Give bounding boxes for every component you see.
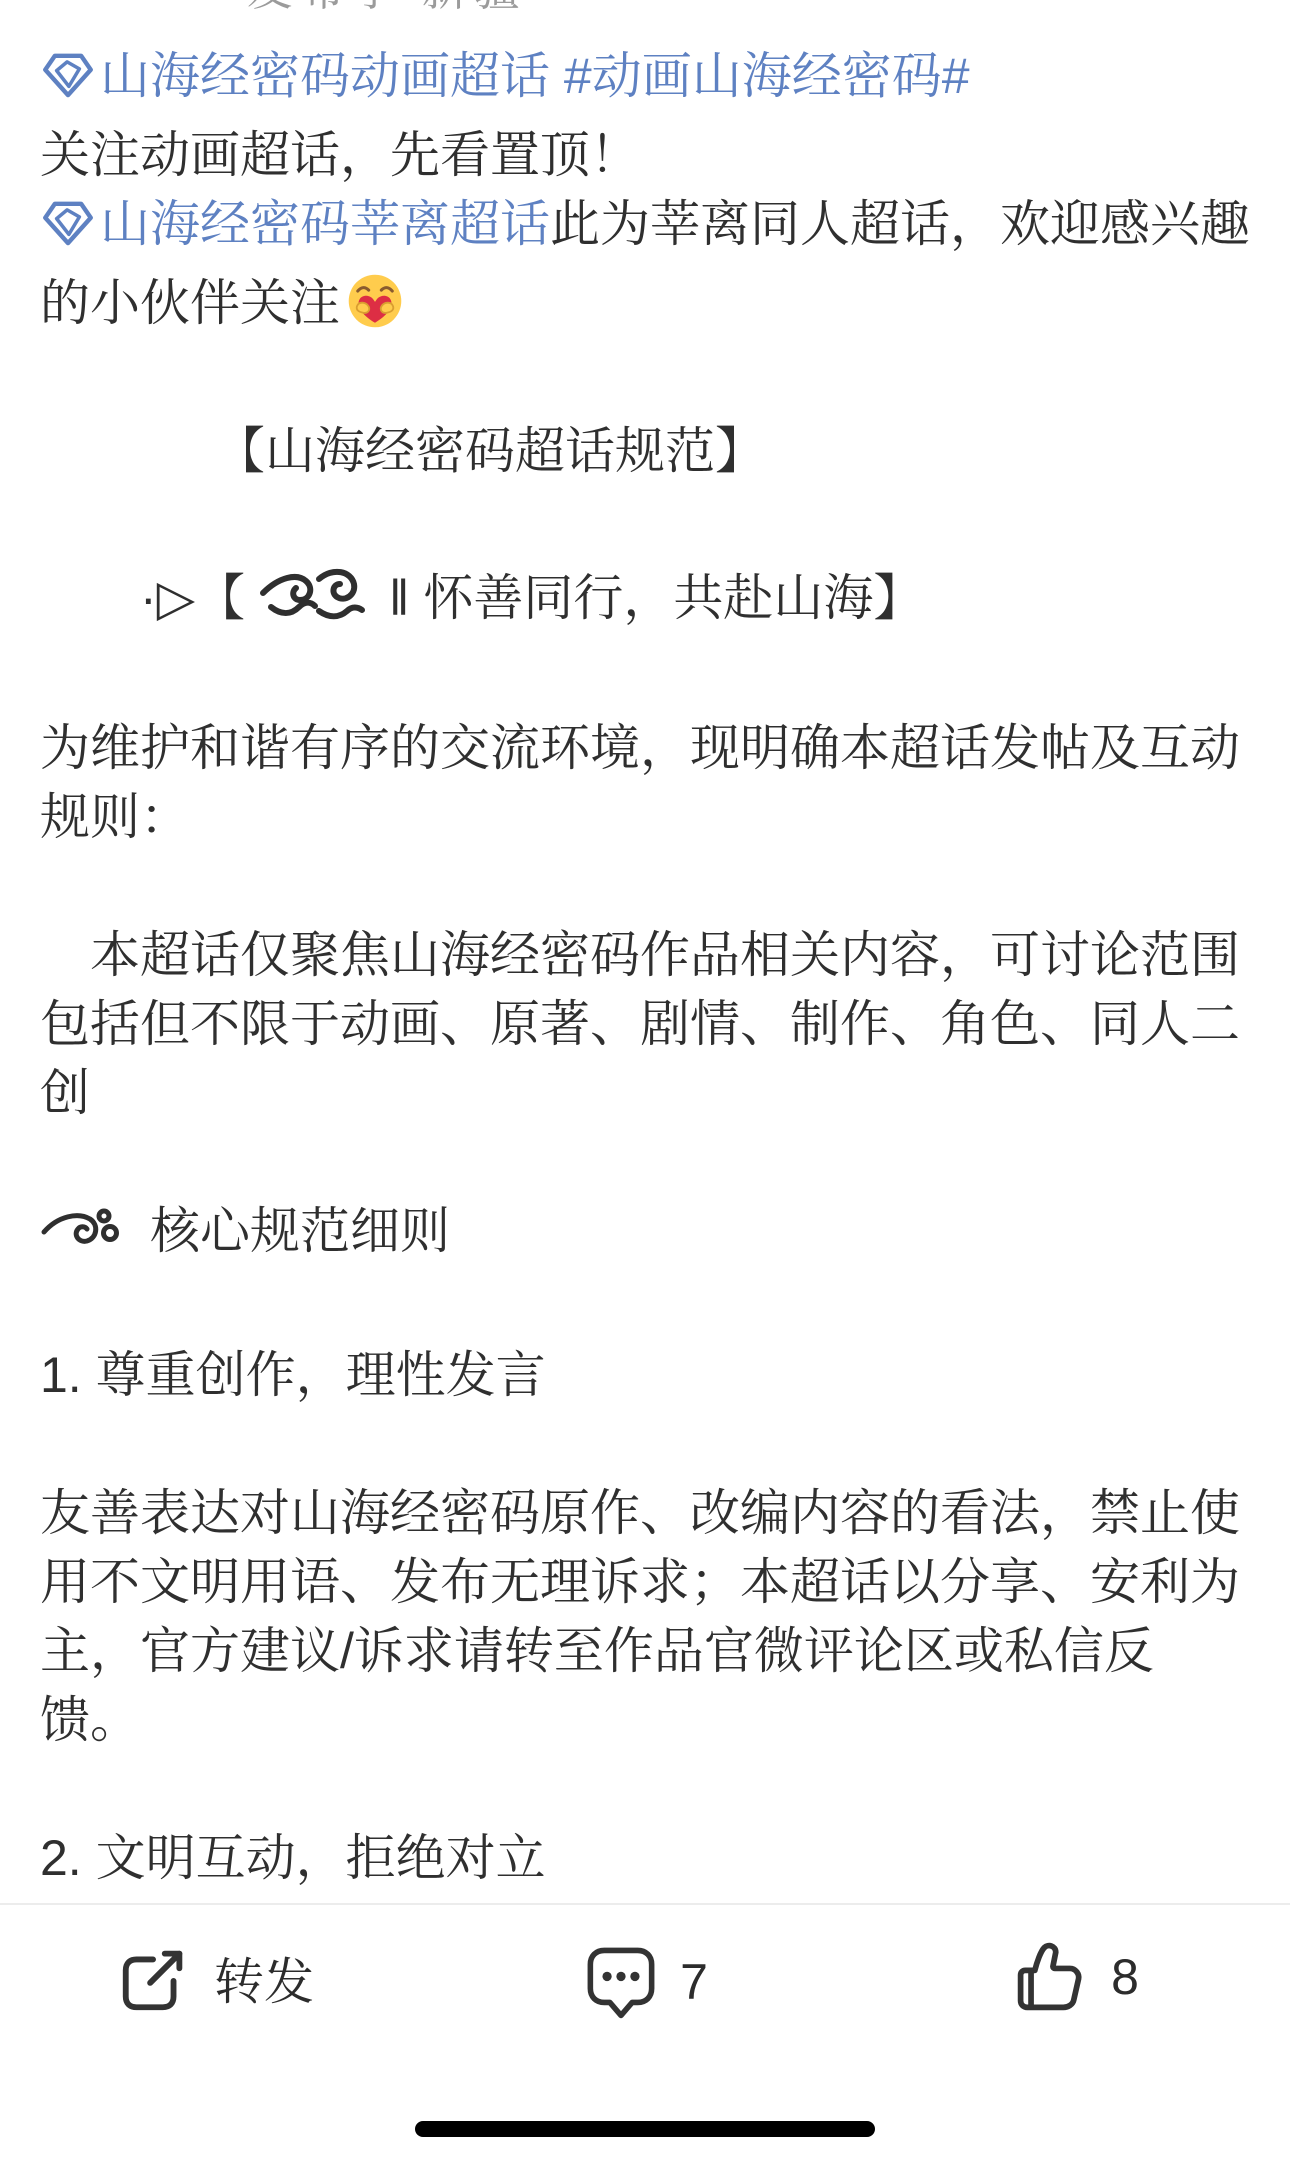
hearts-face-emoji-icon (346, 272, 404, 348)
comment-icon (582, 1939, 660, 2025)
repost-label: 转发 (214, 1942, 314, 2014)
post-paragraph: 1. 尊重创作，理性发言 (40, 1341, 1250, 1410)
swirl-dots-icon (40, 1200, 122, 1272)
post-text: 为维护和谐有序的交流环境，现明确本超话发帖及互动规则： (40, 720, 1240, 845)
like-button[interactable]: 8 (860, 1905, 1290, 2015)
post-paragraph: 2. 文明互动，拒绝对立 (40, 1824, 1250, 1893)
post-text: 友善表达对山海经密码原作、改编内容的看法，禁止使用不文明用语、发布无理诉求；本超… (40, 1485, 1240, 1748)
hashtag-link[interactable]: #动画山海经密码# (550, 48, 970, 104)
supertopic-gem-icon[interactable] (40, 47, 96, 121)
post-meta-clipped: 发布于 新疆 (247, 0, 526, 12)
post-paragraph: 友善表达对山海经密码原作、改编内容的看法，禁止使用不文明用语、发布无理诉求；本超… (40, 1479, 1250, 1755)
post-paragraph: ·▷【 ‖ 怀善同行，共赴山海】 (40, 555, 1250, 645)
post-paragraph: 核心规范细则 (40, 1197, 1250, 1272)
like-count: 8 (1111, 1948, 1139, 2006)
post-body: 山海经密码动画超话 #动画山海经密码#关注动画超话，先看置顶！山海经密码莘离超话… (40, 42, 1250, 2100)
post-text: 2. 文明互动，拒绝对立 (40, 1830, 546, 1886)
supertopic-gem-icon[interactable] (40, 195, 96, 269)
comment-button[interactable]: 7 (430, 1905, 860, 2025)
comment-count: 7 (680, 1953, 708, 2011)
post-text: 1. 尊重创作，理性发言 (40, 1347, 546, 1403)
supertopic-link-donghua[interactable]: 山海经密码动画超话 (100, 48, 550, 104)
wave-swirl-icon (259, 555, 375, 645)
post-text: ·▷【 (40, 570, 259, 626)
supertopic-link-xinli[interactable]: 山海经密码莘离超话 (100, 196, 550, 252)
thumbs-up-icon (1011, 1939, 1091, 2015)
post-paragraph: 【山海经密码超话规范】 (40, 417, 1250, 486)
post-text: 本超话仅聚焦山海经密码作品相关内容，可讨论范围包括但不限于动画、原著、剧情、制作… (40, 927, 1240, 1121)
post-text: 关注动画超话，先看置顶！ (40, 127, 640, 183)
weibo-post-detail-screen: 发布于 新疆 山海经密码动画超话 #动画山海经密码#关注动画超话，先看置顶！山海… (0, 0, 1290, 2161)
post-text: 【山海经密码超话规范】 (40, 423, 765, 479)
post-text: 核心规范细则 (150, 1203, 450, 1259)
post-paragraph: 为维护和谐有序的交流环境，现明确本超话发帖及互动规则： (40, 714, 1250, 852)
share-icon (116, 1939, 194, 2017)
post-text: ‖ 怀善同行，共赴山海】 (375, 570, 923, 626)
post-paragraph: 本超话仅聚焦山海经密码作品相关内容，可讨论范围包括但不限于动画、原著、剧情、制作… (40, 921, 1250, 1128)
repost-button[interactable]: 转发 (0, 1905, 430, 2017)
home-indicator[interactable] (415, 2121, 875, 2137)
post-paragraph: 山海经密码动画超话 #动画山海经密码#关注动画超话，先看置顶！山海经密码莘离超话… (40, 42, 1250, 348)
